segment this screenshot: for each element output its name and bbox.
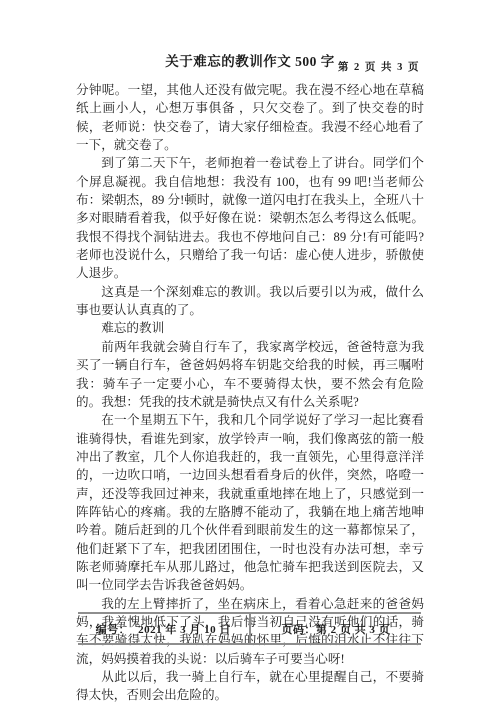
essay-paragraph: 从此以后，我一骑上自行车，就在心里提醒自己，不要骑得太快，否则会出危险的。 (76, 668, 424, 705)
footer-number-value: 2021 年 3 月 10 日 (138, 621, 231, 637)
document-page: 关于难忘的教训作文 500 字 第 2 页 共 3 页 分钟呢。一望，其他人还没… (0, 0, 500, 707)
footer-page-cell: 页码： 第 2 页 共 3 页 (249, 614, 422, 643)
footer-table: 编号： 2021 年 3 月 10 日 页码： 第 2 页 共 3 页 (78, 612, 421, 645)
footer-number-cell: 编号： 2021 年 3 月 10 日 (78, 614, 249, 643)
essay-paragraph: 前两年我就会骑自行车了，我家离学校远，爸爸特意为我买了一辆自行车，爸爸妈妈将车钥… (76, 338, 424, 411)
essay-paragraph: 分钟呢。一望，其他人还没有做完呢。我在漫不经心地在草稿纸上画小人，心想万事俱备 … (76, 81, 424, 154)
essay-paragraph: 到了第二天下午，老师抱着一卷试卷上了讲台。同学们个个屏息凝视。我自信地想：我没有… (76, 154, 424, 282)
essay-subtitle: 难忘的教训 (76, 319, 424, 337)
essay-paragraph: 在一个星期五下午，我和几个同学说好了学习一起比赛看谁骑得快，看谁先到家，放学铃声… (76, 411, 424, 594)
header-page-indicator: 第 2 页 共 3 页 (338, 59, 420, 74)
footer-page-value: 第 2 页 共 3 页 (316, 621, 390, 637)
essay-paragraph: 这真是一个深刻难忘的教训。我以后要引以为戒，做什么事也要认认真真的了。 (76, 283, 424, 320)
footer-number-label: 编号： (96, 621, 131, 637)
footer-page-label: 页码： (281, 621, 316, 637)
